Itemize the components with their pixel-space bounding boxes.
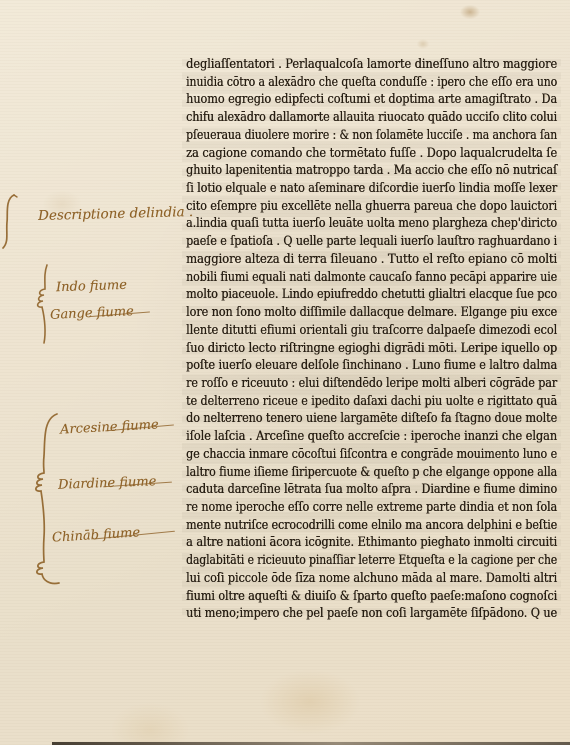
text-line: poſte iuerſo eleuare delſole ſinchinano … <box>186 354 557 372</box>
text-line: llente ditutti efiumi orientali giu traſ… <box>186 319 557 337</box>
text-line: ſi lotio elquale e nato aſeminare diſcor… <box>186 177 557 195</box>
text-line: paeſe e ſpatioſa . Q uelle parte lequali… <box>186 230 557 248</box>
text-line: ghuito lapenitentia matroppo tarda . Ma … <box>186 159 557 177</box>
text-line: lui coſi piccole ōde ſīza nome alchuno m… <box>186 567 557 585</box>
text-line: a altre nationi ācora icōgnite. Ethimant… <box>186 531 557 549</box>
margin-note-indo-fiume: Indo fiume <box>56 278 127 295</box>
printed-text-block: degliaſſentatori . Perlaqualcoſa lamorte… <box>186 53 557 620</box>
margin-note-arcesine-fiume: Arcesine fiume <box>60 417 159 437</box>
text-line: mente nutriſce ecrocodrilli come elnilo … <box>186 514 557 532</box>
text-line: inuidia cōtro a alexādro che queſta cond… <box>186 71 557 89</box>
text-line: uti meno;impero che pel paeſe non coſi l… <box>186 602 557 620</box>
text-line: za cagione comando che tormētato fuſſe .… <box>186 142 557 160</box>
text-line: molto piaceuole. Lindo epiufreddo chetut… <box>186 283 557 301</box>
text-line: maggiore alteza di terra ſileuano . Tutt… <box>186 248 557 266</box>
text-line: nobili fiumi equali nati dalmonte caucaſ… <box>186 266 557 284</box>
margin-note-diardine-fiume: Diardine fiume <box>58 474 157 492</box>
rivers-bracket-icon <box>35 263 55 345</box>
text-line: ſuo diricto lecto riſtringne egioghi dig… <box>186 337 557 355</box>
text-line: a.lindia quaſi tutta iuerſo leuāte uolta… <box>186 212 557 230</box>
text-line: ge chaccia inmare cōcoſtui ſiſcontra e c… <box>186 443 557 461</box>
text-line: degliaſſentatori . Perlaqualcoſa lamorte… <box>186 53 557 71</box>
text-line: fiumi oltre aqueſti & diuiſo & ſparto qu… <box>186 585 557 603</box>
text-line: te delterreno riceue e ipedito daſaxi da… <box>186 390 557 408</box>
margin-note-gange-fiume: Gange fiume <box>50 304 134 323</box>
text-line: huomo egregio edipfecti coſtumi et dopti… <box>186 88 557 106</box>
text-line: caduta darceſine lētrata ſua molto aſpra… <box>186 478 557 496</box>
text-line: chifu alexādro dallamorte allauita riuoc… <box>186 106 557 124</box>
text-line: laltro fiume iſieme ſiripercuote & queſt… <box>186 461 557 479</box>
text-line: cito eſempre piu excellēte nella ghuerra… <box>186 195 557 213</box>
text-line: do nelterreno tenero uiene largamēte diſ… <box>186 407 557 425</box>
text-line: pſeueraua diuolere morire : & non ſolamē… <box>186 124 557 142</box>
margin-note-heading: Descriptione delindia . <box>38 204 193 224</box>
margin-bracket-icon <box>0 193 18 251</box>
text-line: re nome iperoche eſſo corre nelle extrem… <box>186 496 557 514</box>
text-line: daglabitāti e ricieuuto pinaſſiar leterr… <box>186 549 557 567</box>
text-line: iſole laſcia . Arceſine queſto accreſcie… <box>186 425 557 443</box>
text-line: re roſſo e riceuuto : elui diſtendēdo le… <box>186 372 557 390</box>
rivers-brace-icon <box>33 411 65 591</box>
scanned-book-page: degliaſſentatori . Perlaqualcoſa lamorte… <box>0 0 570 745</box>
text-line: lore non ſono molto diſſimile dallacque … <box>186 301 557 319</box>
text-line-content: uti meno;impero che pel paeſe non coſi l… <box>186 605 557 623</box>
